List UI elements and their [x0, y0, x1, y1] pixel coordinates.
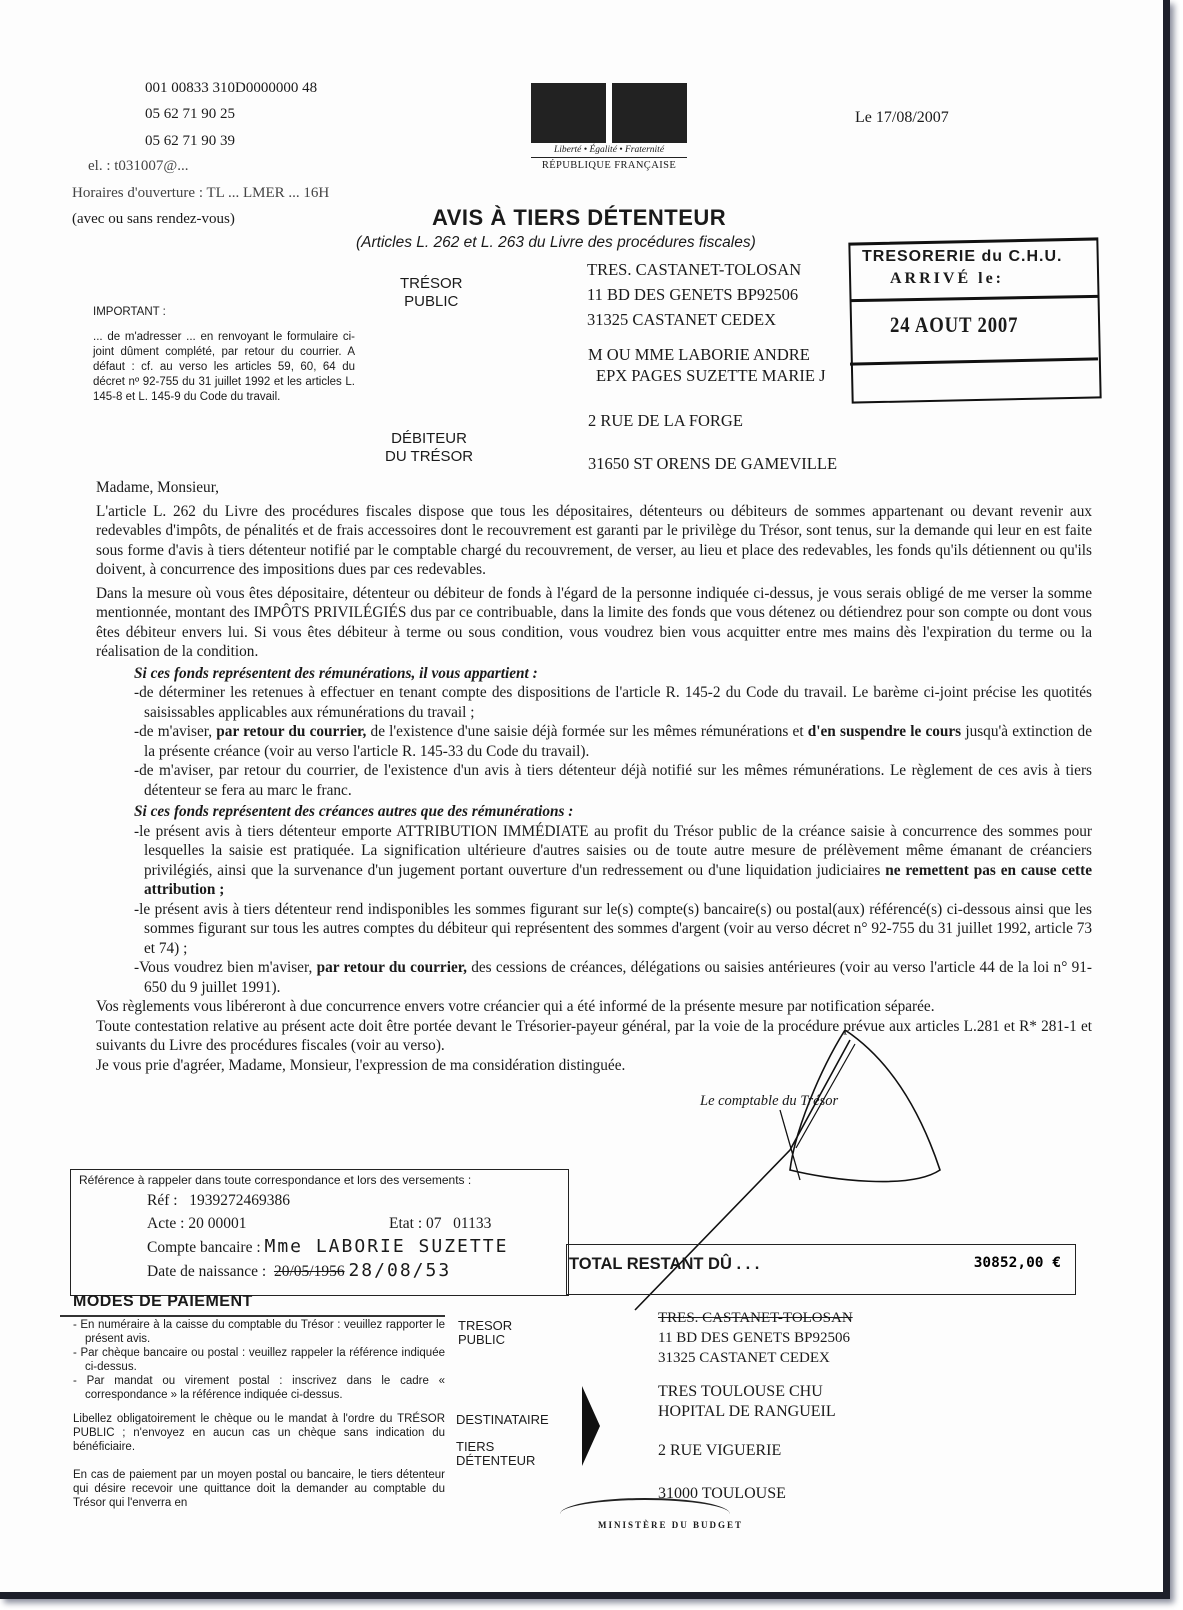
payment-mode-item: - En numéraire à la caisse du comptable …	[73, 1318, 445, 1346]
total-value: 30852,00 €	[974, 1255, 1061, 1271]
footer-tresor-address-line: TRES. CASTANET-TOLOSAN	[658, 1308, 853, 1328]
payment-note-receipt: En cas de paiement par un moyen postal o…	[73, 1468, 445, 1510]
debtor-label: DÉBITEUR DU TRÉSOR	[385, 430, 473, 466]
important-title: IMPORTANT :	[93, 306, 166, 318]
bank-account-handwritten: Mme LABORIE SUZETTE	[265, 1236, 509, 1257]
reference-box: Référence à rappeler dans toute correspo…	[70, 1169, 569, 1296]
document-date: Le 17/08/2007	[855, 109, 949, 127]
reference-birth-date: Date de naissance : 20/05/1956 28/08/53	[147, 1260, 451, 1281]
logo-republic: RÉPUBLIQUE FRANÇAISE	[531, 160, 687, 171]
reference-ref: Réf : 1939272469386	[147, 1192, 290, 1210]
tiers-label-line: DÉTENTEUR	[456, 1454, 535, 1468]
important-text: ... de m'adresser ... en renvoyant le fo…	[93, 330, 355, 405]
stamp-arrived-label: ARRIVÉ le:	[890, 270, 1004, 288]
payment-mode-item: - Par mandat ou virement postal : inscri…	[73, 1374, 445, 1402]
header-email: el. : t031007@...	[88, 153, 188, 179]
section-heading-remunerations: Si ces fonds représentent des rémunérati…	[134, 664, 1092, 684]
header-appointment-note: (avec ou sans rendez-vous)	[72, 206, 235, 232]
payment-mode-item: - Par chèque bancaire ou postal : veuill…	[73, 1346, 445, 1374]
arrival-stamp: TRESORERIE du C.H.U. ARRIVÉ le: 24 AOUT …	[850, 240, 1100, 400]
paragraph-payments: Vos règlements vous libéreront à due con…	[96, 997, 1092, 1017]
sender-address-line: 11 BD DES GENETS BP92506	[587, 284, 801, 306]
debtor-label-line: DU TRÉSOR	[385, 448, 473, 466]
ref-value: 1939272469386	[189, 1192, 290, 1209]
recipient-label: DESTINATAIRE	[456, 1412, 549, 1427]
reference-acte: Acte : 20 00001	[147, 1215, 246, 1233]
header-phone-2: 05 62 71 90 39	[145, 128, 235, 154]
tiers-label-line: TIERS	[456, 1440, 535, 1454]
birth-date-handwritten: 28/08/53	[348, 1260, 451, 1281]
reference-bank-account: Compte bancaire : Mme LABORIE SUZETTE	[147, 1236, 508, 1257]
footer-tresor-label: TRESOR PUBLIC	[458, 1319, 512, 1347]
recipient-name-2: HOPITAL DE RANGUEIL	[658, 1402, 836, 1422]
list-item: -de m'aviser, par retour du courrier, de…	[134, 722, 1092, 761]
letter-body: Madame, Monsieur, L'article L. 262 du Li…	[96, 478, 1092, 1075]
list-item: -le présent avis à tiers détenteur rend …	[134, 900, 1092, 959]
list-item: -Vous voudrez bien m'aviser, par retour …	[134, 958, 1092, 997]
acte-value: 20 00001	[188, 1215, 246, 1232]
recipient-name-1: TRES TOULOUSE CHU	[658, 1382, 823, 1402]
sender-address: TRES. CASTANET-TOLOSAN 11 BD DES GENETS …	[587, 259, 801, 331]
header-phone-1: 05 62 71 90 25	[145, 101, 235, 127]
recipient-street: 2 RUE VIGUERIE	[658, 1441, 781, 1461]
etat-label: Etat :	[389, 1215, 422, 1232]
sender-address-line: 31325 CASTANET CEDEX	[587, 309, 801, 331]
list-item: -de m'aviser, par retour du courrier, de…	[134, 761, 1092, 800]
divider	[60, 1315, 445, 1317]
paragraph-legal-basis: L'article L. 262 du Livre des procédures…	[96, 502, 1092, 580]
footer-tresor-address-line: 31325 CASTANET CEDEX	[658, 1348, 853, 1368]
stamp-office: TRESORERIE du C.H.U.	[862, 248, 1062, 266]
birth-date-label: Date de naissance :	[147, 1263, 266, 1280]
footer-tresor-label-line: TRESOR	[458, 1319, 512, 1333]
document-subtitle: (Articles L. 262 et L. 263 du Livre des …	[356, 234, 756, 252]
sender-label-line: TRÉSOR	[400, 275, 463, 293]
republic-logo: Liberté • Égalité • Fraternité RÉPUBLIQU…	[528, 83, 688, 171]
document-page: 001 00833 310D0000000 48 05 62 71 90 25 …	[0, 0, 1170, 1599]
header-reference-line: 001 00833 310D0000000 48	[145, 75, 317, 101]
debtor-name-line-1: M OU MME LABORIE ANDRE	[588, 344, 810, 366]
payment-note-order: Libellez obligatoirement le chèque ou le…	[73, 1412, 445, 1454]
debtor-street: 2 RUE DE LA FORGE	[588, 410, 743, 432]
section-heading-other-claims: Si ces fonds représentent des créances a…	[134, 802, 1092, 822]
marianne-emblem-icon	[531, 83, 687, 143]
debtor-city: 31650 ST ORENS DE GAMEVILLE	[588, 453, 837, 475]
payment-modes-title: MODES DE PAIEMENT	[73, 1293, 253, 1311]
sender-label-line: PUBLIC	[400, 293, 463, 311]
logo-motto: Liberté • Égalité • Fraternité	[531, 143, 687, 158]
third-party-holder-label: TIERS DÉTENTEUR	[456, 1440, 535, 1468]
ministry-name: MINISTÈRE DU BUDGET	[598, 1520, 743, 1530]
sender-label: TRÉSOR PUBLIC	[400, 275, 463, 311]
stamp-date: 24 AOUT 2007	[890, 312, 1018, 338]
list-item: -de déterminer les retenues à effectuer …	[134, 683, 1092, 722]
total-box: TOTAL RESTANT DÛ . . . 30852,00 €	[566, 1244, 1076, 1295]
bank-account-label: Compte bancaire :	[147, 1239, 261, 1256]
paragraph-request: Dans la mesure où vous êtes dépositaire,…	[96, 584, 1092, 662]
birth-date-struck: 20/05/1956	[274, 1263, 345, 1280]
arrow-right-icon	[582, 1386, 600, 1466]
debtor-label-line: DÉBITEUR	[385, 430, 473, 448]
salutation: Madame, Monsieur,	[96, 478, 1092, 498]
ref-label: Réf :	[147, 1192, 178, 1209]
header-opening-hours: Horaires d'ouverture : TL ... LMER ... 1…	[72, 180, 329, 206]
payment-modes-list: - En numéraire à la caisse du comptable …	[73, 1318, 445, 1510]
list-item: -le présent avis à tiers détenteur empor…	[134, 822, 1092, 900]
reference-heading: Référence à rappeler dans toute correspo…	[79, 1173, 471, 1187]
footer-tresor-label-line: PUBLIC	[458, 1333, 512, 1347]
footer-tresor-address: TRES. CASTANET-TOLOSAN 11 BD DES GENETS …	[658, 1308, 853, 1368]
total-label: TOTAL RESTANT DÛ . . .	[569, 1255, 759, 1274]
sender-address-line: TRES. CASTANET-TOLOSAN	[587, 259, 801, 281]
document-title: AVIS À TIERS DÉTENTEUR	[432, 205, 726, 231]
debtor-name-line-2: EPX PAGES SUZETTE MARIE J	[596, 365, 826, 387]
acte-label: Acte :	[147, 1215, 184, 1232]
footer-tresor-address-line: 11 BD DES GENETS BP92506	[658, 1328, 853, 1348]
etat-value: 07 01133	[426, 1215, 491, 1232]
reference-etat: Etat : 07 01133	[389, 1215, 491, 1233]
